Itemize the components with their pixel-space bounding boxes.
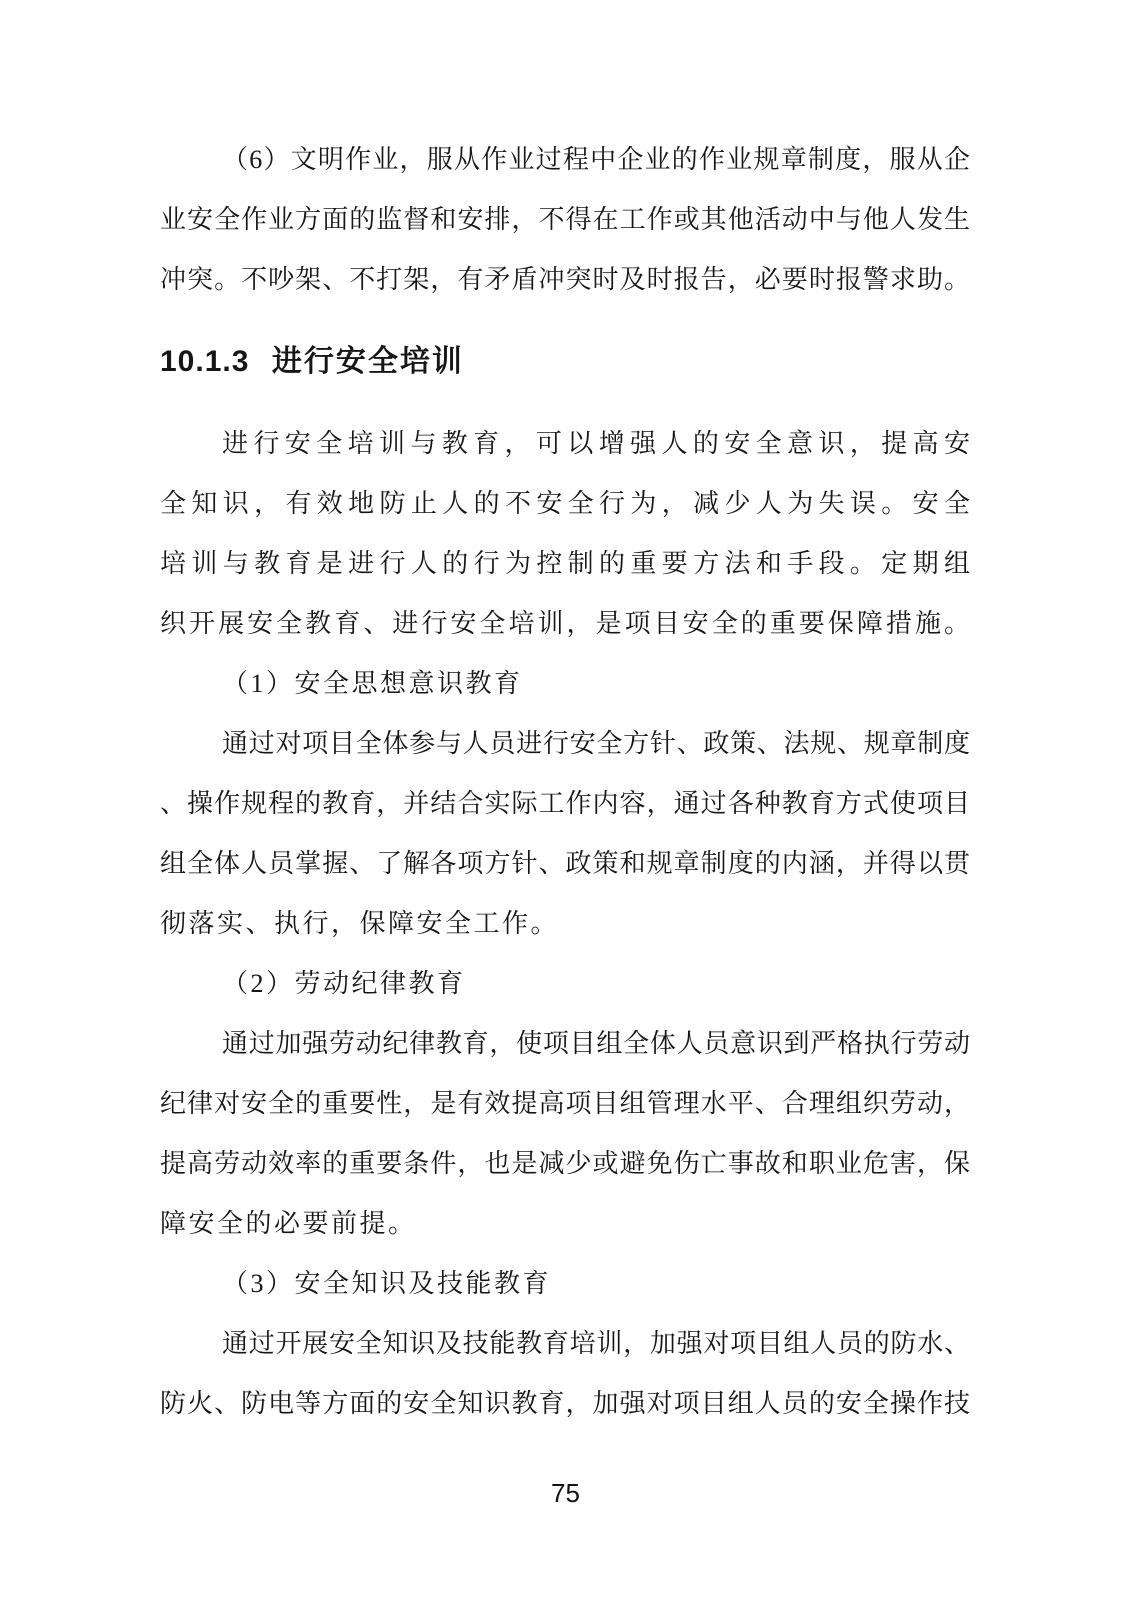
text-line: 全知识，有效地防止人的不安全行为，减少人为失误。安全 <box>160 474 970 534</box>
paragraph-item2: 通过加强劳动纪律教育，使项目组全体人员意识到严格执行劳动 纪律对安全的重要性，是… <box>160 1014 970 1254</box>
text-line: 进行安全培训与教育，可以增强人的安全意识，提高安 <box>160 414 970 474</box>
text-line: 通过开展安全知识及技能教育培训，加强对项目组人员的防水、 <box>160 1314 970 1374</box>
text-line: 织开展安全教育、进行安全培训，是项目安全的重要保障措施。 <box>160 594 970 654</box>
text-line: 障安全的必要前提。 <box>160 1194 970 1254</box>
text-line: 业安全作业方面的监督和安排，不得在工作或其他活动中与他人发生 <box>160 190 970 250</box>
page-footer: 75 <box>0 1476 1131 1510</box>
section-title: 进行安全培训 <box>272 345 464 378</box>
item1-heading: （1）安全思想意识教育 <box>160 654 970 714</box>
paragraph-item3: 通过开展安全知识及技能教育培训，加强对项目组人员的防水、 防火、防电等方面的安全… <box>160 1314 970 1434</box>
section-heading: 10.1.3 进行安全培训 <box>160 332 970 392</box>
document-body: （6）文明作业，服从作业过程中企业的作业规章制度，服从企 业安全作业方面的监督和… <box>0 0 1131 1434</box>
text-line: 、操作规程的教育，并结合实际工作内容，通过各种教育方式使项目 <box>160 774 970 834</box>
paragraph-training-intro: 进行安全培训与教育，可以增强人的安全意识，提高安 全知识，有效地防止人的不安全行… <box>160 414 970 654</box>
text-line: 彻落实、执行，保障安全工作。 <box>160 894 970 954</box>
paragraph-item6: （6）文明作业，服从作业过程中企业的作业规章制度，服从企 业安全作业方面的监督和… <box>160 130 970 310</box>
text-line: （6）文明作业，服从作业过程中企业的作业规章制度，服从企 <box>160 130 970 190</box>
paragraph-item1: 通过对项目全体参与人员进行安全方针、政策、法规、规章制度 、操作规程的教育，并结… <box>160 714 970 954</box>
page-number: 75 <box>551 1478 580 1508</box>
text-line: 通过加强劳动纪律教育，使项目组全体人员意识到严格执行劳动 <box>160 1014 970 1074</box>
document-page: （6）文明作业，服从作业过程中企业的作业规章制度，服从企 业安全作业方面的监督和… <box>0 0 1131 1600</box>
text-line: 纪律对安全的重要性，是有效提高项目组管理水平、合理组织劳动， <box>160 1074 970 1134</box>
text-line: 组全体人员掌握、了解各项方针、政策和规章制度的内涵，并得以贯 <box>160 834 970 894</box>
text-line: 冲突。不吵架、不打架，有矛盾冲突时及时报告，必要时报警求助。 <box>160 250 970 310</box>
text-line: 提高劳动效率的重要条件，也是减少或避免伤亡事故和职业危害，保 <box>160 1134 970 1194</box>
text-line: 培训与教育是进行人的行为控制的重要方法和手段。定期组 <box>160 534 970 594</box>
item3-heading: （3）安全知识及技能教育 <box>160 1254 970 1314</box>
text-line: 防火、防电等方面的安全知识教育，加强对项目组人员的安全操作技 <box>160 1374 970 1434</box>
item2-heading: （2）劳动纪律教育 <box>160 954 970 1014</box>
text-line: 通过对项目全体参与人员进行安全方针、政策、法规、规章制度 <box>160 714 970 774</box>
section-number: 10.1.3 <box>160 345 249 378</box>
